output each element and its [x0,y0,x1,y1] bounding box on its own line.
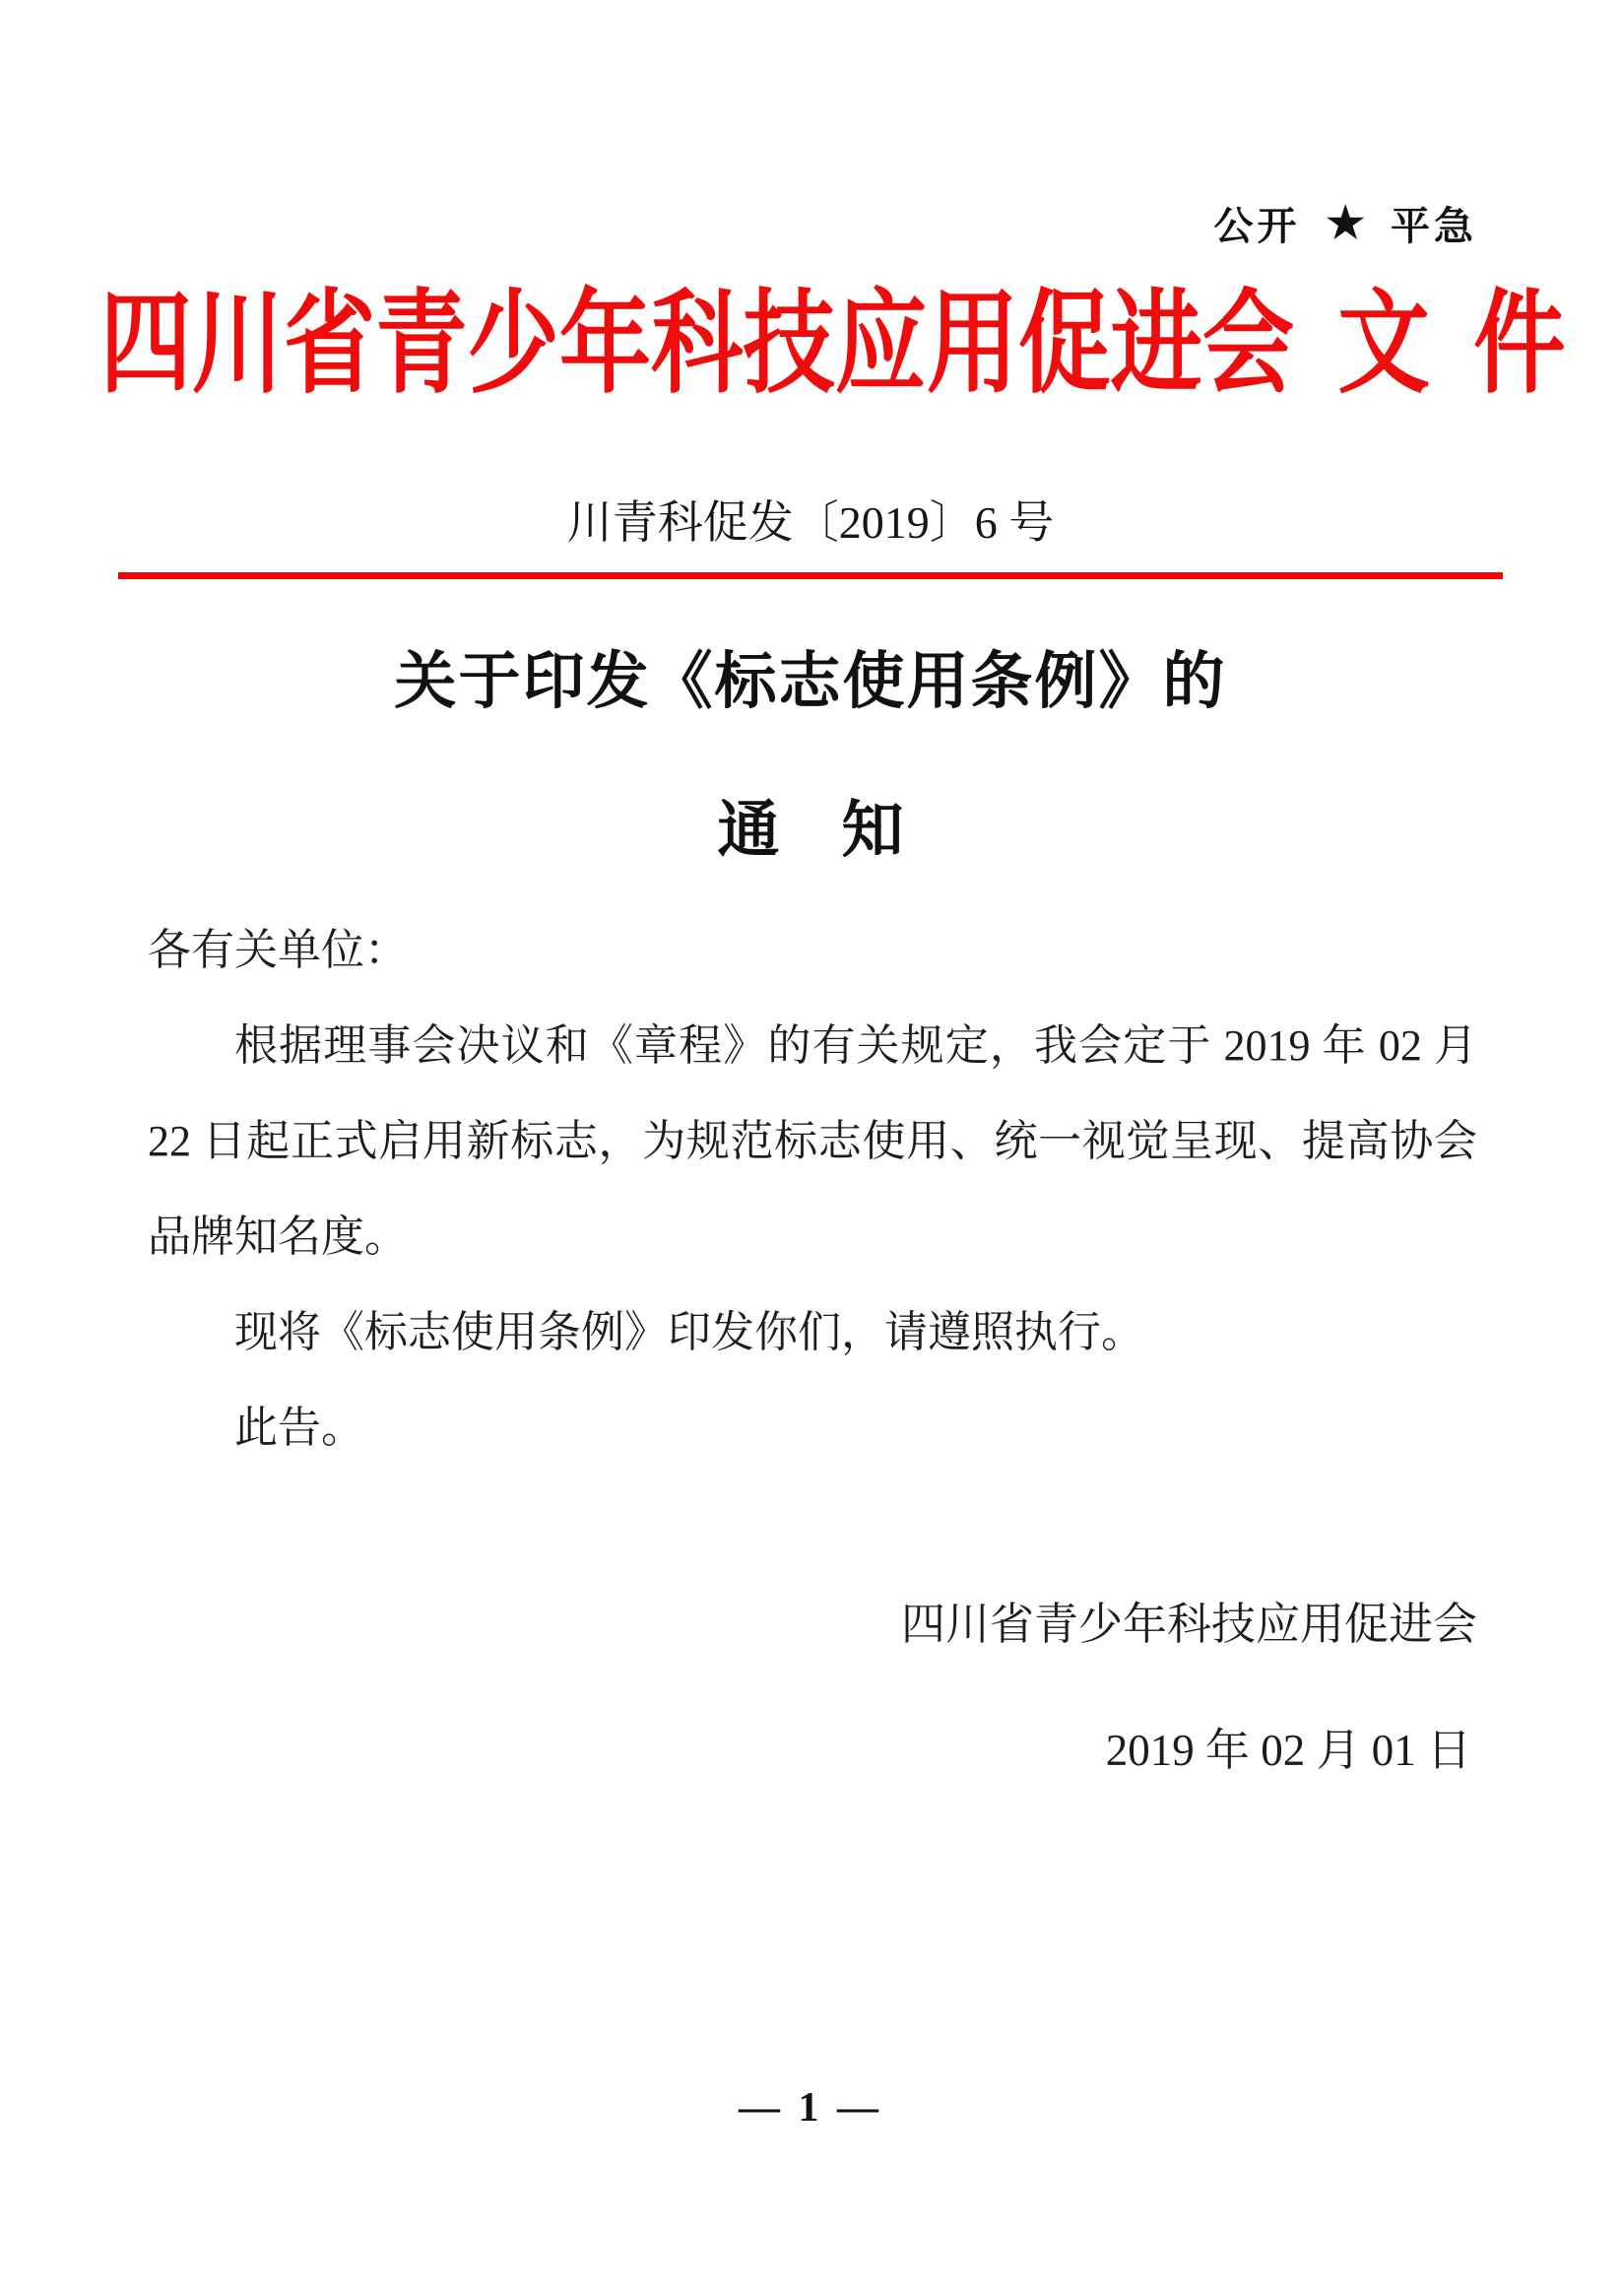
body-line: 22 日起正式启用新标志，为规范标志使用、统一视觉呈现、提高协会 [148,1093,1477,1189]
red-divider-rule [118,572,1503,579]
subject-line-1: 关于印发《标志使用条例》的 [0,631,1621,721]
document-body: 各有关单位： 根据理事会决议和《章程》的有关规定，我会定于 2019 年 02 … [148,902,1477,1476]
salutation: 各有关单位： [148,902,1477,998]
body-line: 此告。 [148,1380,1477,1476]
signature-organization: 四川省青少年科技应用促进会 [901,1588,1477,1652]
org-header-title: 四川省青少年科技应用促进会 文 件 [0,278,1621,412]
classification-label: 公开 [1214,195,1301,251]
urgency-label: 平急 [1391,195,1477,251]
official-document-page: 公开 ★ 平急 四川省青少年科技应用促进会 文 件 川青科促发〔2019〕6 号… [0,0,1621,2296]
document-number: 川青科促发〔2019〕6 号 [0,487,1621,552]
subject-line-2: 通 知 [0,780,1621,870]
page-number: — 1 — [0,2084,1621,2132]
security-marking: 公开 ★ 平急 [1214,195,1477,251]
security-star-icon: ★ [1327,198,1365,248]
body-line: 品牌知名度。 [148,1189,1477,1284]
org-header-title-text: 四川省青少年科技应用促进会 文 件 [99,273,1565,418]
signature-date: 2019 年 02 月 01 日 [1106,1714,1471,1778]
body-line: 根据理事会决议和《章程》的有关规定，我会定于 2019 年 02 月 [148,998,1477,1093]
body-line: 现将《标志使用条例》印发你们，请遵照执行。 [148,1284,1477,1380]
